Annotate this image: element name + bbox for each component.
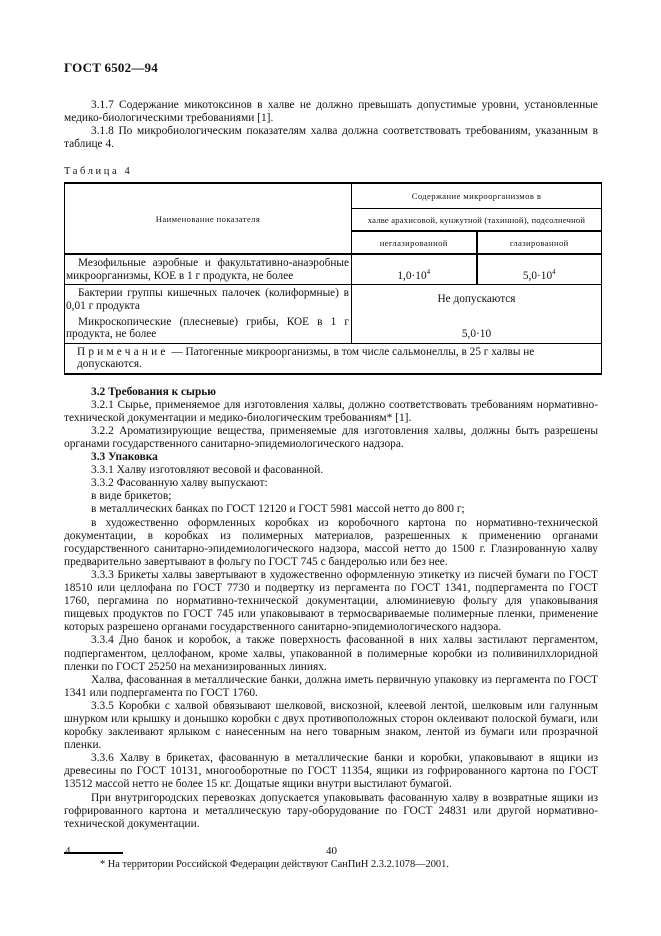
row-name: Мезофильные аэробные и факультативно-ана… bbox=[65, 254, 352, 284]
header-glazed: глазированной bbox=[477, 231, 602, 254]
paragraph-3-3-5: 3.3.5 Коробки с халвой обвязывают шелков… bbox=[64, 700, 598, 752]
list-item: в художественно оформленных коробках из … bbox=[64, 517, 598, 569]
table-row: Бактерии группы кишечных палочек (колифо… bbox=[65, 285, 602, 314]
table-note-row: Примечание — Патогенные микроорганизмы, … bbox=[65, 343, 602, 373]
note-label: Примечание bbox=[77, 346, 169, 358]
table-header-row: Наименование показателя Содержание микро… bbox=[65, 183, 602, 209]
row-value-merged: Не допускаются bbox=[352, 285, 602, 314]
section-body: 3.2 Требования к сырью 3.2.1 Сырье, прим… bbox=[64, 386, 598, 831]
paragraph-3-1-7: 3.1.7 Содержание микотоксинов в халве не… bbox=[64, 99, 598, 125]
heading-raw-materials: 3.2 Требования к сырью bbox=[64, 386, 598, 399]
row-name: Микроскопические (плесневые) грибы, КОЕ … bbox=[65, 314, 352, 343]
paragraph-intracity-transport: При внутригородских перевозках допускает… bbox=[64, 792, 598, 831]
header-indicator-name: Наименование показателя bbox=[65, 183, 352, 254]
row-value-glazed: 5,0·104 bbox=[477, 254, 602, 284]
document-page: ГОСТ 6502—94 3.1.7 Содержание микотоксин… bbox=[64, 60, 598, 871]
list-item: в металлических банках по ГОСТ 12120 и Г… bbox=[64, 503, 598, 516]
paragraph-3-2-1: 3.2.1 Сырье, применяемое для изготовлени… bbox=[64, 399, 598, 425]
table-row: Микроскопические (плесневые) грибы, КОЕ … bbox=[65, 314, 602, 343]
row-value-unglazed: 1,0·104 bbox=[352, 254, 477, 284]
paragraph-3-3-4: 3.3.4 Дно банок и коробок, а также повер… bbox=[64, 634, 598, 673]
paragraph-3-1-8: 3.1.8 По микробиологическим показателям … bbox=[64, 125, 598, 151]
page-number-left: 4 bbox=[65, 845, 71, 857]
paragraph-3-3-1: 3.3.1 Халву изготовляют весовой и фасова… bbox=[64, 464, 598, 477]
table-row: Мезофильные аэробные и факультативно-ана… bbox=[65, 254, 602, 284]
table-note: Примечание — Патогенные микроорганизмы, … bbox=[65, 343, 602, 373]
footnote: * На территории Российской Федерации дей… bbox=[64, 858, 598, 871]
header-halva-types: халве арахисовой, кунжутной (тахинной), … bbox=[352, 209, 602, 232]
paragraph-3-2-2: 3.2.2 Ароматизирующие вещества, применяе… bbox=[64, 425, 598, 451]
document-code: ГОСТ 6502—94 bbox=[64, 60, 598, 76]
table-caption: Таблица 4 bbox=[64, 166, 598, 179]
heading-packaging: 3.3 Упаковка bbox=[64, 451, 598, 464]
paragraph-3-3-2: 3.3.2 Фасованную халву выпускают: bbox=[64, 477, 598, 490]
page-number-center: 40 bbox=[326, 845, 337, 857]
paragraph-metal-cans: Халва, фасованная в металлические банки,… bbox=[64, 674, 598, 700]
paragraph-3-3-6: 3.3.6 Халву в брикетах, фасованную в мет… bbox=[64, 752, 598, 791]
row-value-merged: 5,0·10 bbox=[352, 314, 602, 343]
microbiology-table: Наименование показателя Содержание микро… bbox=[64, 182, 602, 374]
header-unglazed: неглазированной bbox=[352, 231, 477, 254]
paragraph-3-3-3: 3.3.3 Брикеты халвы завертывают в художе… bbox=[64, 569, 598, 634]
footnote-divider bbox=[64, 852, 123, 854]
header-content-group: Содержание микроорганизмов в bbox=[352, 183, 602, 209]
row-name: Бактерии группы кишечных палочек (колифо… bbox=[65, 285, 352, 314]
list-item: в виде брикетов; bbox=[64, 490, 598, 503]
